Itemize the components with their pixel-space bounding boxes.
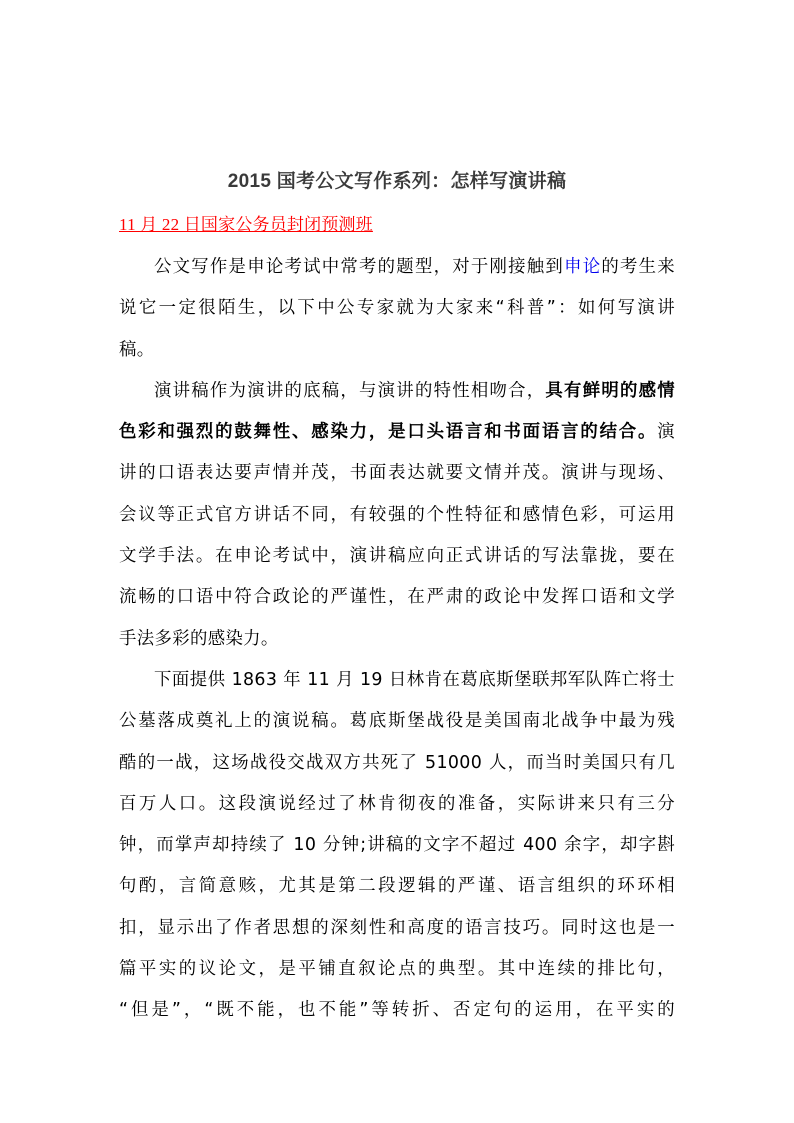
text-line: 篇平实的议论文，是平铺直叙论点的典型。其中连续的排比句， <box>119 949 675 990</box>
text-segment: 演讲稿作为演讲的底稿，与演讲的特性相吻合， <box>154 381 545 401</box>
text-line: 讲的口语表达要声情并茂，书面表达就要文情并茂。演讲与现场、 <box>119 453 675 494</box>
text-line: 句酌，言简意赅，尤其是第二段逻辑的严谨、语言组织的环环相 <box>119 866 675 907</box>
paragraph-definition: 演讲稿作为演讲的底稿，与演讲的特性相吻合，具有鲜明的感情 色彩和强烈的鼓舞性、感… <box>119 371 675 660</box>
text-line: 公墓落成奠礼上的演说稿。葛底斯堡战役是美国南北战争中最为残 <box>119 701 675 742</box>
text-segment: 演 <box>657 422 675 442</box>
document-body: 公文写作是申论考试中常考的题型，对于刚接触到申论的考生来 说它一定很陌生，以下中… <box>119 247 675 1032</box>
bold-text-segment: 色彩和强烈的鼓舞性、感染力，是口头语言和书面语言的结合。 <box>119 422 657 442</box>
text-line: 说它一定很陌生，以下中公专家就为大家来“科普”：如何写演讲 <box>119 288 675 329</box>
paragraph-intro: 公文写作是申论考试中常考的题型，对于刚接触到申论的考生来 说它一定很陌生，以下中… <box>119 247 675 371</box>
text-line: 酷的一战，这场战役交战双方共死了 51000 人，而当时美国只有几 <box>119 743 675 784</box>
text-line: 演讲稿作为演讲的底稿，与演讲的特性相吻合，具有鲜明的感情 <box>119 371 675 412</box>
text-line: 下面提供 1863 年 11 月 19 日林肯在葛底斯堡联邦军队阵亡将士 <box>119 660 675 701</box>
text-line: 手法多彩的感染力。 <box>119 619 675 660</box>
text-line: 公文写作是申论考试中常考的题型，对于刚接触到申论的考生来 <box>119 247 675 288</box>
text-segment: 公文写作是申论考试中常考的题型，对于刚接触到 <box>154 257 564 277</box>
shenlun-link[interactable]: 申论 <box>564 257 601 277</box>
text-line: “但是”，“既不能，也不能”等转折、否定句的运用，在平实的 <box>119 990 675 1031</box>
text-line: 会议等正式官方讲话不同，有较强的个性特征和感情色彩，可运用 <box>119 495 675 536</box>
text-line: 流畅的口语中符合政论的严谨性，在严肃的政论中发挥口语和文学 <box>119 577 675 618</box>
text-line: 扣，显示出了作者思想的深刻性和高度的语言技巧。同时这也是一 <box>119 908 675 949</box>
text-line: 文学手法。在申论考试中，演讲稿应向正式讲话的写法靠拢，要在 <box>119 536 675 577</box>
text-line: 钟，而掌声却持续了 10 分钟;讲稿的文字不超过 400 余字，却字斟 <box>119 825 675 866</box>
text-line: 稿。 <box>119 330 675 371</box>
text-line: 百万人口。这段演说经过了林肯彻夜的准备，实际讲来只有三分 <box>119 784 675 825</box>
paragraph-gettysburg: 下面提供 1863 年 11 月 19 日林肯在葛底斯堡联邦军队阵亡将士 公墓落… <box>119 660 675 1032</box>
text-segment: 的考生来 <box>601 257 675 277</box>
document-title: 2015 国考公文写作系列：怎样写演讲稿 <box>0 168 794 196</box>
promo-link-forecast-class[interactable]: 11 月 22 日国家公务员封闭预测班 <box>119 212 373 238</box>
bold-text-segment: 具有鲜明的感情 <box>545 381 675 401</box>
text-line: 色彩和强烈的鼓舞性、感染力，是口头语言和书面语言的结合。演 <box>119 412 675 453</box>
